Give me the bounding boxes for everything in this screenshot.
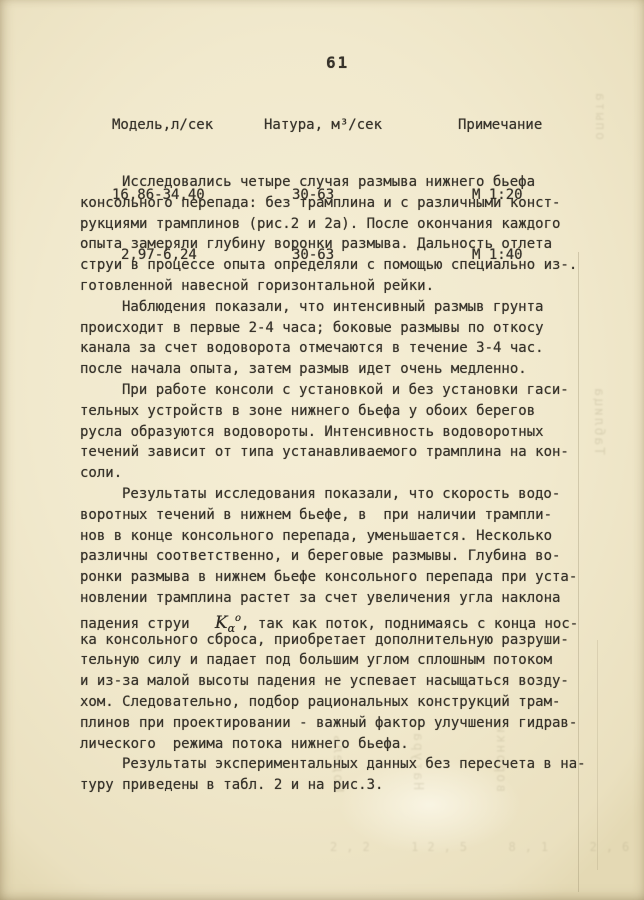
text-line: ронки размыва в нижнем бьефе консольного…	[80, 567, 620, 588]
bleed-through-numbers: 2,2 12,5 8,1 2,6	[330, 840, 638, 854]
text-block: Исследовались четыре случая размыва нижн…	[80, 172, 620, 796]
text-line: опыта замеряли глубину воронки размыва. …	[80, 234, 620, 255]
text-line: плинов при проектировании - важный факто…	[80, 713, 620, 734]
text-line: ка консольного сброса, приобретает допол…	[80, 630, 620, 651]
paragraph: Результаты исследования показали, что ск…	[80, 484, 620, 754]
bleed-through-text: воронки	[493, 723, 508, 792]
table-header-nature: Натура, м³/сек	[262, 116, 440, 134]
text-line: консольного перепада: без трамплина и с …	[80, 193, 620, 214]
text-line: Результаты исследования показали, что ск…	[80, 484, 620, 505]
paragraph: Результаты экспериментальных данных без …	[80, 754, 620, 796]
table-header-note: Примечание	[440, 116, 592, 134]
bleed-through-text: Натура	[410, 731, 425, 790]
text-line: нов в конце консольного перепада, уменьш…	[80, 526, 620, 547]
bleed-through-rule	[578, 252, 579, 892]
text-line: Наблюдения показали, что интенсивный раз…	[80, 297, 620, 318]
paragraph: При работе консоли с установкой и без ус…	[80, 380, 620, 484]
text-line: При работе консоли с установкой и без ус…	[80, 380, 620, 401]
text-line: канала за счет водоворота отмечаются в т…	[80, 338, 620, 359]
bleed-through-text: Модель	[330, 733, 345, 792]
text-line: происходит в первые 2-4 часа; боковые ра…	[80, 318, 620, 339]
text-line: русла образуются водовороты. Интенсивнос…	[80, 422, 620, 443]
text-line: хом. Следовательно, подбор рациональных …	[80, 692, 620, 713]
text-line: после начала опыта, затем размыв идет оч…	[80, 359, 620, 380]
text-line: Результаты экспериментальных данных без …	[80, 754, 620, 775]
text-line: лического режима потока нижнего бьефа.	[80, 734, 620, 755]
text-line: различны соответственно, и береговые раз…	[80, 546, 620, 567]
text-line: рукциями трамплинов (рис.2 и 2а). После …	[80, 214, 620, 235]
text-line: тельную силу и падает под большим углом …	[80, 650, 620, 671]
paragraph: Исследовались четыре случая размыва нижн…	[80, 172, 620, 297]
text-line: соли.	[80, 463, 620, 484]
table-header-row: Модель,л/сек Натура, м³/сек Примечание	[112, 116, 592, 134]
bleed-through-text: Таблица	[591, 386, 606, 455]
text-line: падения струи Kαо, так как поток, подним…	[80, 609, 620, 630]
text-line: готовленной навесной горизонтальной рейк…	[80, 276, 620, 297]
table-header-model: Модель,л/сек	[112, 116, 262, 134]
text-line: струи в процессе опыта определяли с помо…	[80, 255, 620, 276]
scanned-page: 61 Модель,л/сек Натура, м³/сек Примечани…	[0, 0, 644, 900]
text-line: воротных течений в нижнем бьефе, в при н…	[80, 505, 620, 526]
page-number: 61	[326, 53, 349, 72]
text-line: течений зависит от типа устанавливаемого…	[80, 442, 620, 463]
text-line: и из-за малой высоты падения не успевает…	[80, 671, 620, 692]
text-line: новлении трамплина растет за счет увелич…	[80, 588, 620, 609]
bleed-through-rule	[597, 640, 598, 870]
bleed-through-text: опыта	[592, 91, 607, 140]
paragraph: Наблюдения показали, что интенсивный раз…	[80, 297, 620, 380]
text-line: туру приведены в табл. 2 и на рис.3.	[80, 775, 620, 796]
text-line: Исследовались четыре случая размыва нижн…	[80, 172, 620, 193]
text-line: тельных устройств в зоне нижнего бьефа у…	[80, 401, 620, 422]
